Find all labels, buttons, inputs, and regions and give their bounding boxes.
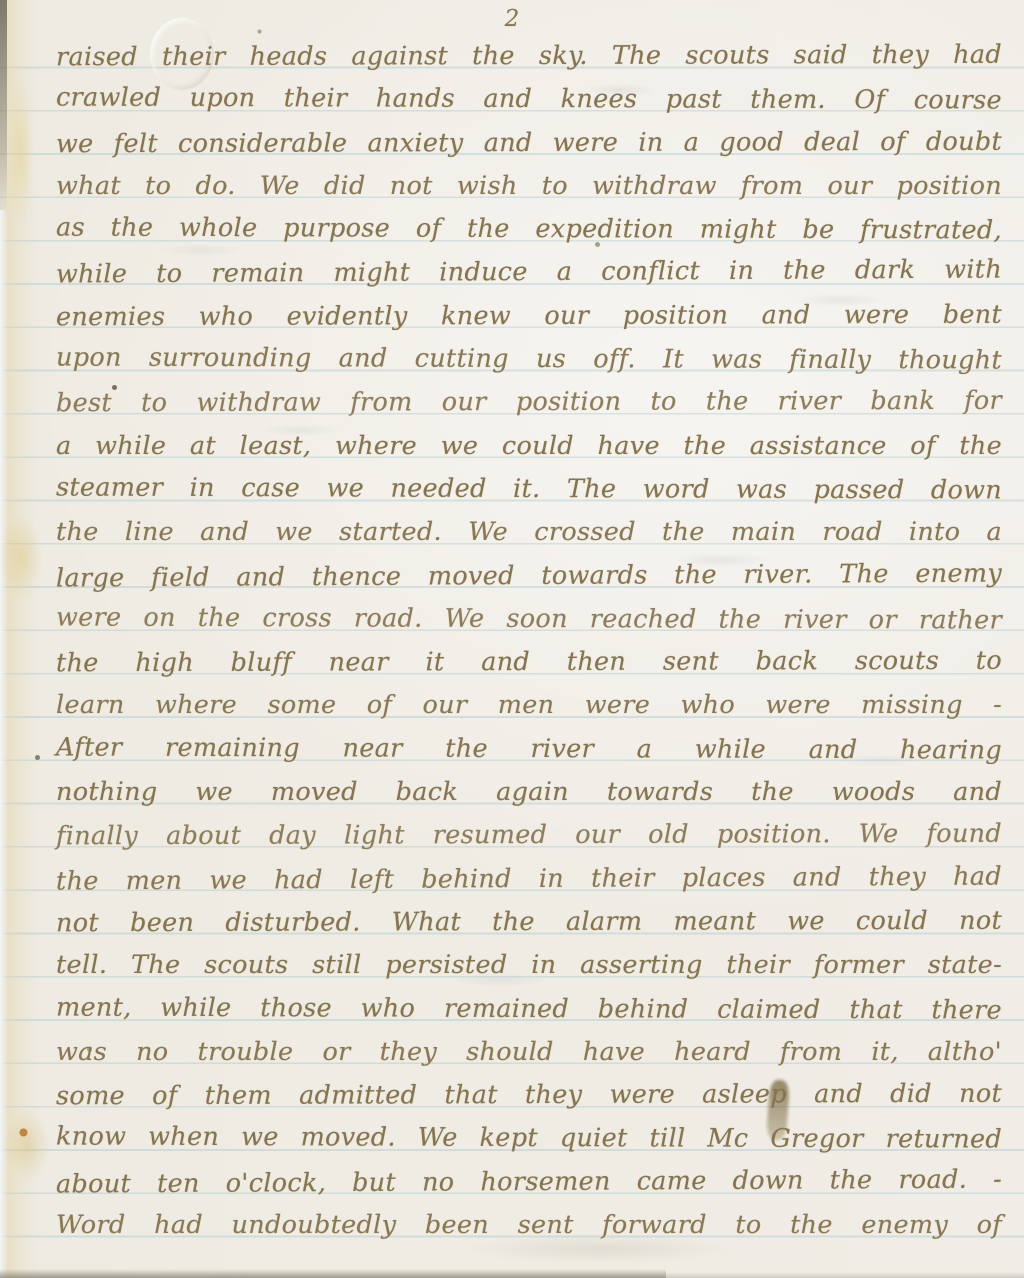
handwritten-line: about ten o'clock, but no horsemen came … (56, 1156, 1002, 1204)
handwritten-line: some of them admitted that they were asl… (56, 1071, 1002, 1117)
letter-body: raised their heads against the sky. The … (56, 33, 1002, 1245)
handwritten-line: finally about day light resumed our old … (56, 811, 1002, 857)
handwritten-line: After remaining near the river a while a… (56, 724, 1002, 770)
letter-page: 2 raised their heads against the sky. Th… (0, 0, 1024, 1278)
scanner-strip (0, 210, 8, 1278)
paper-stain (6, 55, 38, 250)
handwritten-line: enemies who evidently knew our position … (56, 292, 1002, 338)
handwritten-line: large field and thence moved towards the… (56, 550, 1002, 598)
handwritten-line: tell. The scouts still persisted in asse… (56, 942, 1002, 985)
handwritten-line: raised their heads against the sky. The … (56, 32, 1002, 78)
handwritten-line: nothing we moved back again towards the … (56, 769, 1002, 812)
handwritten-line: upon surrounding and cutting us off. It … (56, 335, 1002, 381)
paper-stain (4, 1098, 56, 1193)
handwritten-line: crawled upon their hands and knees past … (56, 75, 1002, 121)
handwritten-line: not been disturbed. What the alarm meant… (56, 898, 1002, 944)
page-number: 2 (0, 6, 1024, 32)
handwritten-line: as the whole purpose of the expedition m… (56, 205, 1002, 251)
handwritten-line: ment, while those who remained behind cl… (56, 984, 1002, 1030)
handwritten-line: best to withdraw from our position to th… (56, 378, 1002, 424)
handwritten-line: Word had undoubtedly been sent forward t… (56, 1202, 1002, 1245)
handwritten-line: steamer in case we needed it. The word w… (56, 464, 1002, 510)
handwritten-line: what to do. We did not wish to withdraw … (56, 163, 1002, 206)
handwritten-line: while to remain might induce a conflict … (56, 247, 1002, 295)
bottom-edge-shadow-right (666, 1272, 1024, 1278)
handwritten-line: a while at least, where we could have th… (56, 423, 1002, 466)
handwritten-line: we felt considerable anxiety and were in… (56, 118, 1002, 164)
paper-stain (2, 500, 50, 615)
handwritten-line: was no trouble or they should have heard… (56, 1029, 1002, 1072)
handwritten-line: the high bluff near it and then sent bac… (56, 638, 1002, 684)
bottom-edge-shadow (0, 1269, 666, 1278)
handwritten-line: know when we moved. We kept quiet till M… (56, 1114, 1002, 1160)
handwritten-line: the line and we started. We crossed the … (56, 509, 1002, 552)
handwritten-line: were on the cross road. We soon reached … (56, 594, 1002, 640)
handwritten-line: learn where some of our men were who wer… (56, 682, 1002, 725)
ink-specks (0, 0, 3, 3)
handwritten-line: the men we had left behind in their plac… (56, 853, 1002, 901)
